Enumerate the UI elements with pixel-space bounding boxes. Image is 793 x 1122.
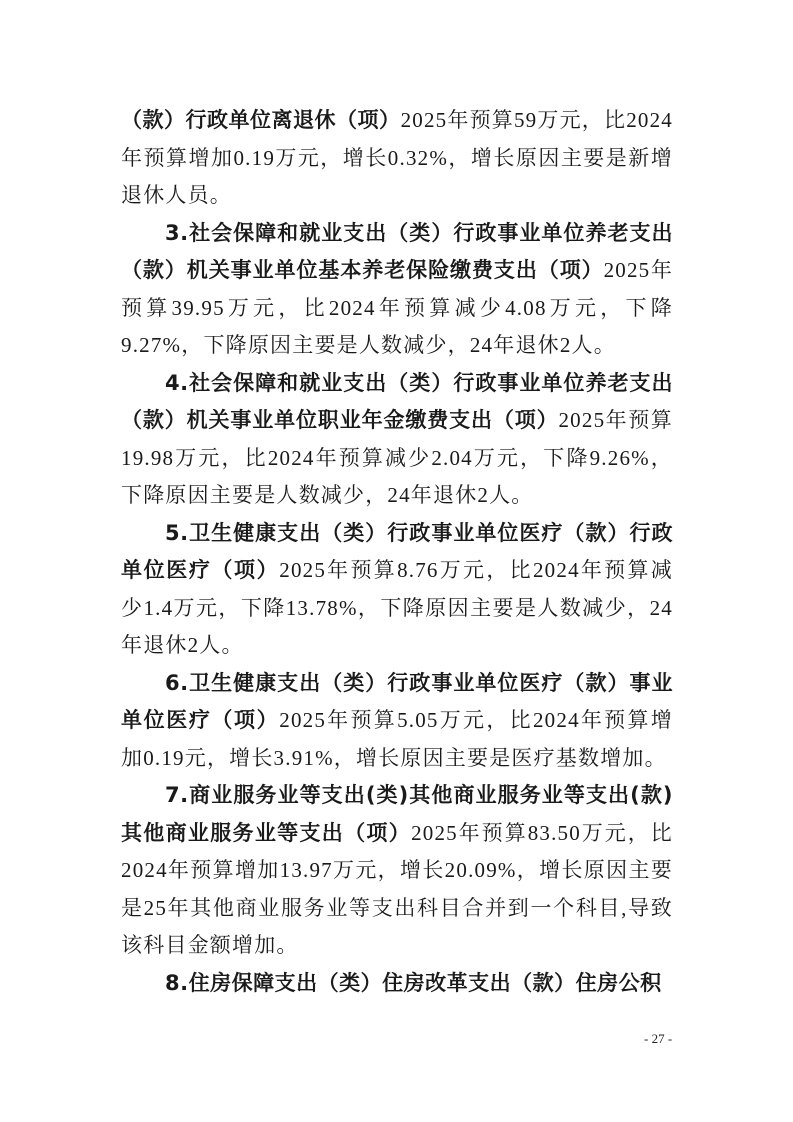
page-number: - 27 - [644, 1031, 672, 1047]
item-number: 3. [165, 221, 189, 245]
paragraph-item-8: 8.住房保障支出（类）住房改革支出（款）住房公积 [121, 965, 673, 1003]
paragraph-retirement-continued: （款）行政单位离退休（项）2025年预算59万元，比2024年预算增加0.19万… [121, 102, 673, 215]
paragraph-item-6: 6.卫生健康支出（类）行政事业单位医疗（款）事业单位医疗（项）2025年预算5.… [121, 665, 673, 778]
item-number: 5. [165, 521, 189, 545]
item-number: 6. [165, 671, 189, 695]
document-page: （款）行政单位离退休（项）2025年预算59万元，比2024年预算增加0.19万… [121, 102, 673, 1002]
paragraph-heading: （款）行政单位离退休（项） [121, 108, 401, 132]
item-number: 7. [165, 783, 189, 807]
paragraph-item-4: 4.社会保障和就业支出（类）行政事业单位养老支出（款）机关事业单位职业年金缴费支… [121, 365, 673, 515]
item-number: 4. [165, 371, 189, 395]
paragraph-heading: 住房保障支出（类）住房改革支出（款）住房公积 [189, 971, 662, 995]
paragraph-item-3: 3.社会保障和就业支出（类）行政事业单位养老支出（款）机关事业单位基本养老保险缴… [121, 215, 673, 365]
item-number: 8. [165, 971, 189, 995]
paragraph-item-5: 5.卫生健康支出（类）行政事业单位医疗（款）行政单位医疗（项）2025年预算8.… [121, 515, 673, 665]
paragraph-item-7: 7.商业服务业等支出(类)其他商业服务业等支出(款)其他商业服务业等支出（项）2… [121, 777, 673, 965]
paragraph-heading: 社会保障和就业支出（类）行政事业单位养老支出（款）机关事业单位基本养老保险缴费支… [121, 221, 673, 283]
